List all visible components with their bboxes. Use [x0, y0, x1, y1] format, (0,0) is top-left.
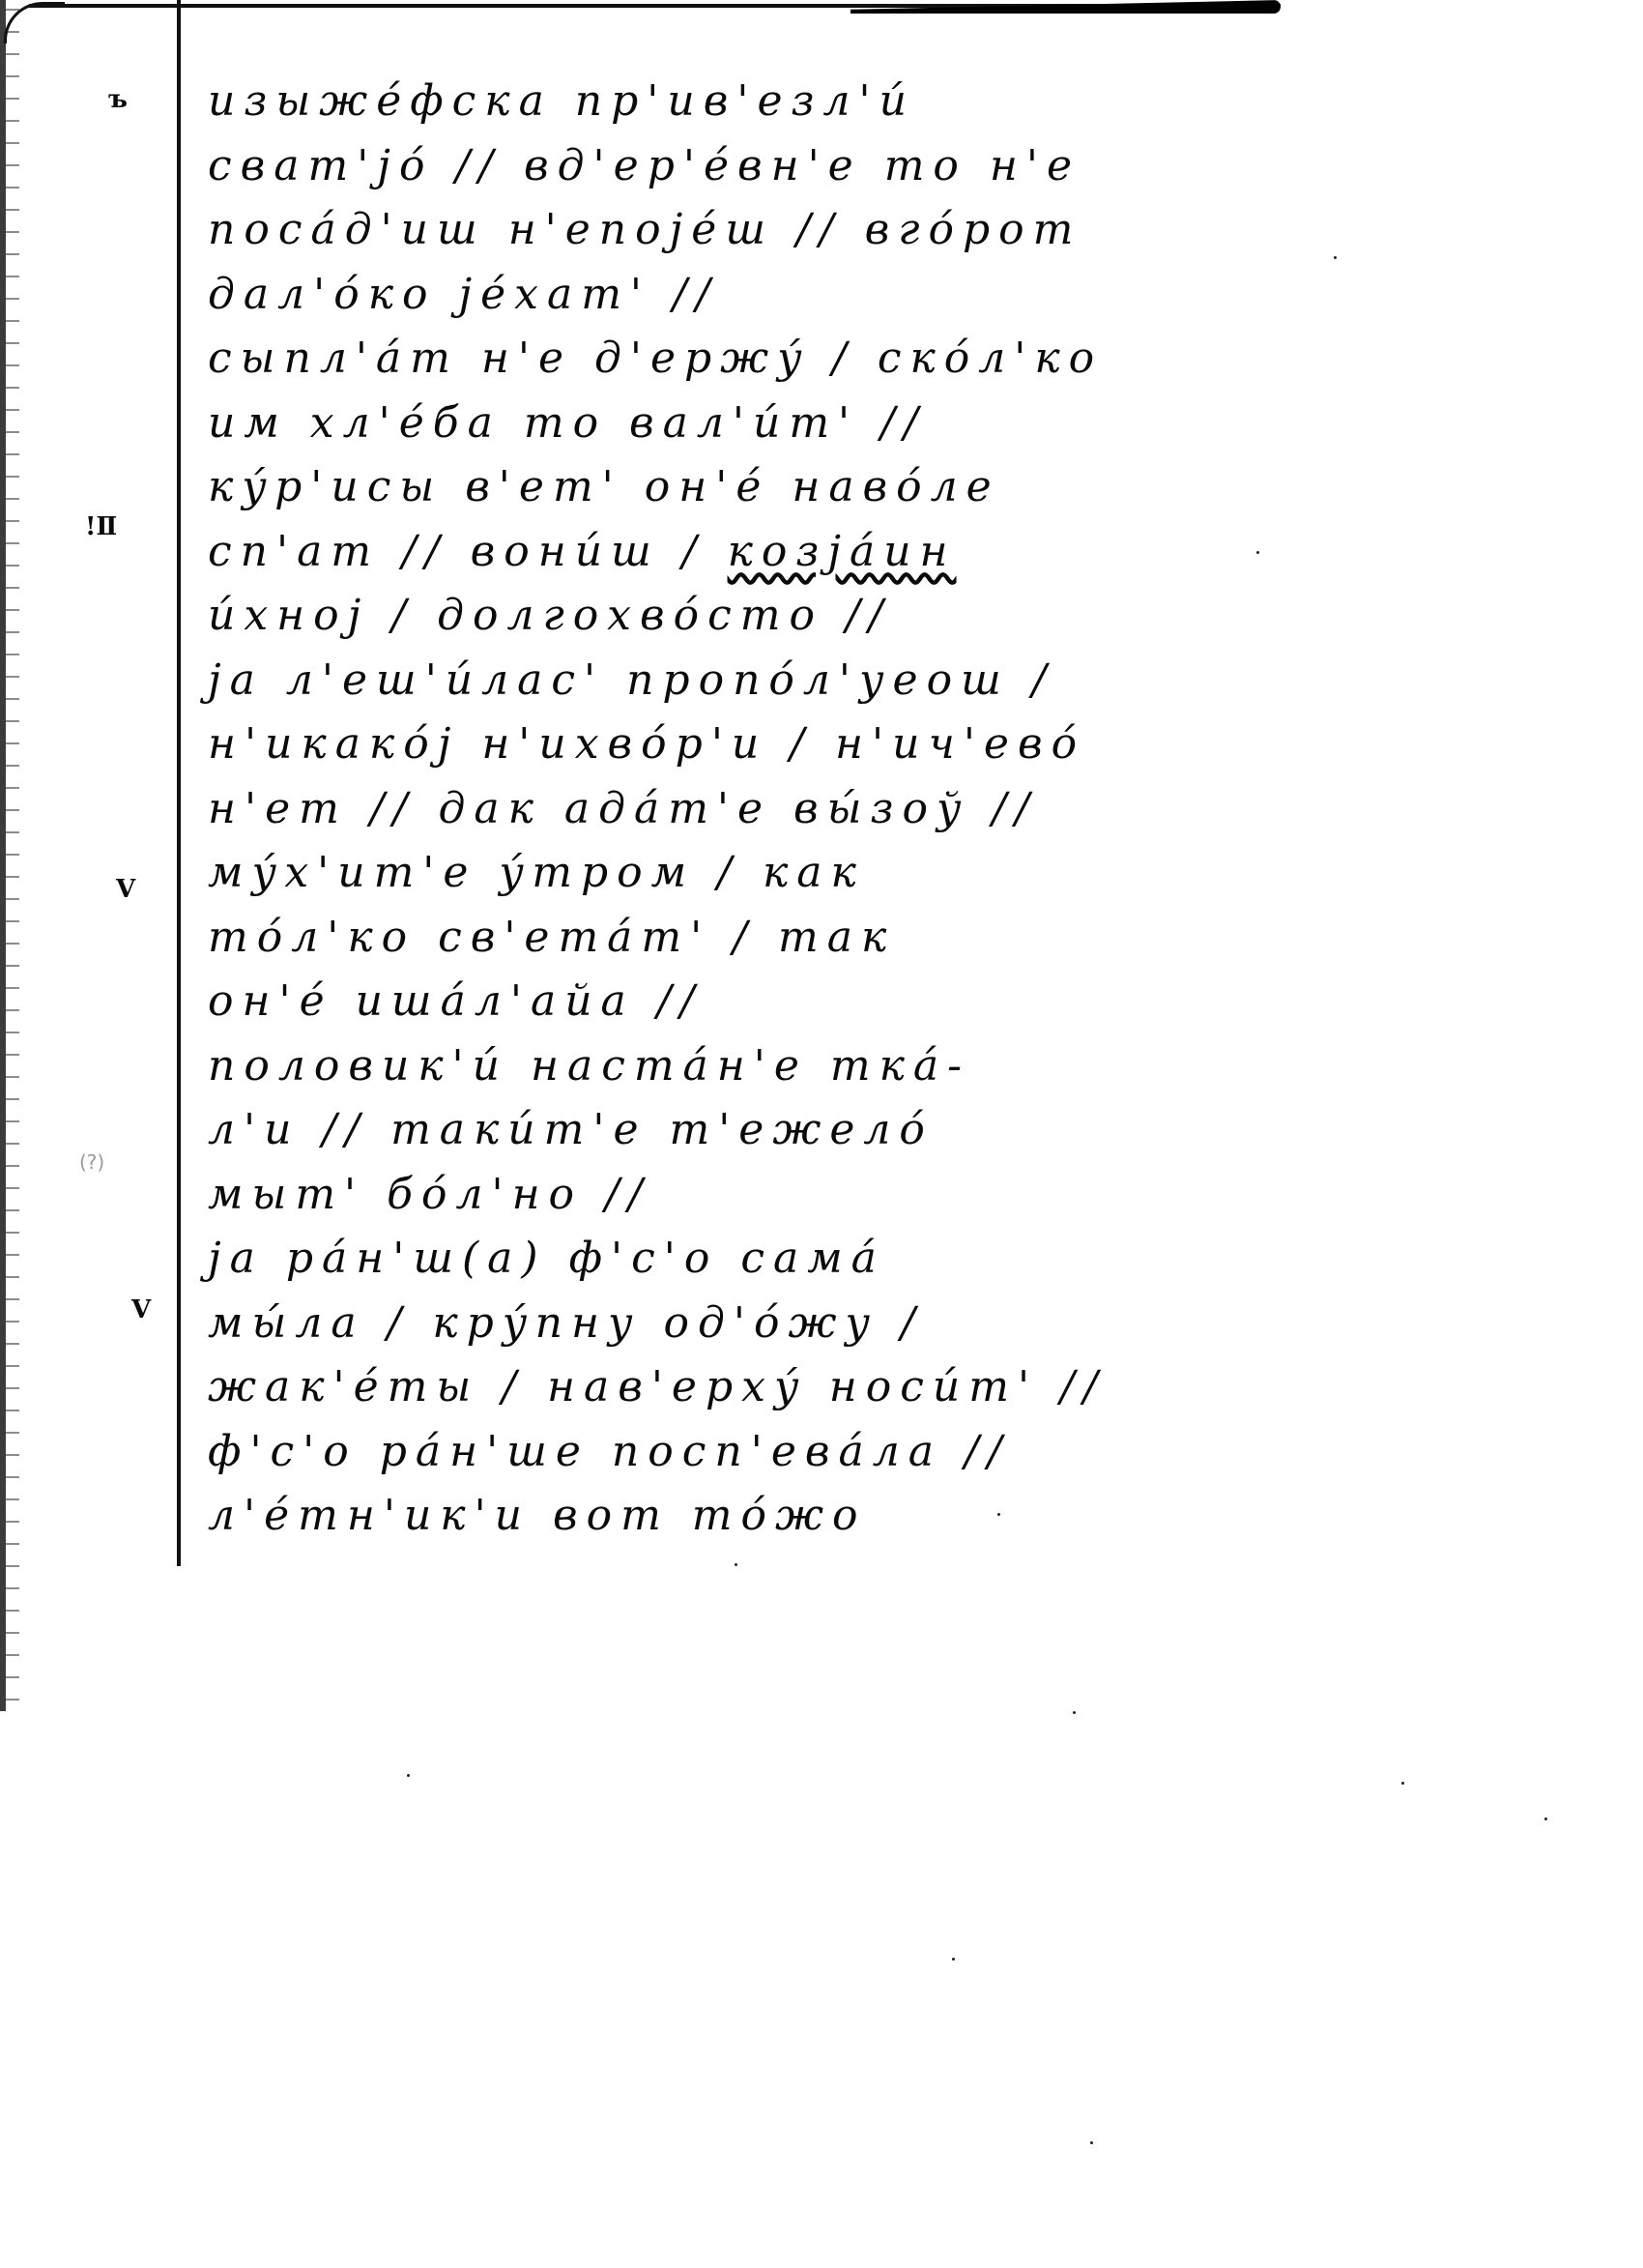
scan-speck [1256, 551, 1259, 554]
scan-speck [997, 1513, 1000, 1516]
text-line: ја рáн'ш(а) ф'с'о самá [208, 1227, 1290, 1292]
text-line: он'é ишáл'айа // [208, 970, 1290, 1034]
margin-mark: Ⅴ [131, 1295, 151, 1324]
underlined-word: козјáин [728, 527, 957, 576]
text-line: н'ет // дак адáт'е вы́зоў // [208, 777, 1290, 842]
scan-speck [735, 1563, 737, 1566]
handwritten-text: изыжéфска пр'ив'езл'и́ сват'јó // вд'ер'… [208, 70, 1290, 1549]
scan-speck [1334, 256, 1337, 259]
text-line: н'икакóј н'ихвóр'и / н'ич'евó [208, 712, 1290, 777]
scan-speck [407, 1774, 410, 1777]
scanned-page: ъ !Ⅱ Ⅴ (?) Ⅴ изыжéфска пр'ив'езл'и́ сват… [0, 0, 1643, 2268]
text-line: ја л'еш'úлас' пропóл'уеош / [208, 649, 1290, 713]
text-line: л'и // такúт'е т'ежелó [208, 1098, 1290, 1163]
scan-speck [1544, 1817, 1547, 1820]
margin-mark: Ⅴ [116, 875, 135, 904]
text-line: мýх'ит'е ýтром / как [208, 841, 1290, 906]
scan-speck [1090, 2141, 1093, 2144]
text-line: жак'éты / нав'ерхý носúт' // [208, 1355, 1290, 1420]
text-line: сыпл'áт н'е д'ержý / скóл'ко [208, 327, 1290, 392]
text-line: сват'јó // вд'ер'éвн'е то н'е [208, 134, 1290, 199]
text-line: мыт' бóл'но // [208, 1163, 1290, 1228]
text-line: ф'с'о рáн'ше посп'евáла // [208, 1420, 1290, 1485]
scan-speck [1401, 1782, 1404, 1785]
text-line: тóл'ко св'етáт' / так [208, 906, 1290, 971]
text-line: им хл'éба то вал'и́т' // [208, 392, 1290, 456]
text-line: изыжéфска пр'ив'езл'и́ [208, 70, 1290, 134]
margin-mark: !Ⅱ [85, 512, 117, 541]
margin-rule [177, 0, 181, 1566]
margin-mark: ъ [108, 85, 128, 114]
text-line: посáд'иш н'епојéш // вгóрот [208, 198, 1290, 263]
text-line: кýр'исы в'ет' он'é навóле [208, 455, 1290, 520]
scan-speck [952, 1958, 955, 1961]
text-line: дал'óко јéхат' // [208, 263, 1290, 328]
binding-shadow [6, 0, 19, 1711]
text-line: л'éтн'ик'и вот тóжо [208, 1484, 1290, 1549]
text-line: половик'и́ настáн'е ткá- [208, 1034, 1290, 1099]
text-line: сп'ат // вонúш / козјáин [208, 520, 1290, 585]
text-line: мы́ла / крýпну од'óжу / [208, 1292, 1290, 1356]
scan-speck [1073, 1711, 1076, 1714]
text-line: úхној / долгохвóсто // [208, 584, 1290, 649]
margin-mark-faint: (?) [79, 1150, 104, 1174]
